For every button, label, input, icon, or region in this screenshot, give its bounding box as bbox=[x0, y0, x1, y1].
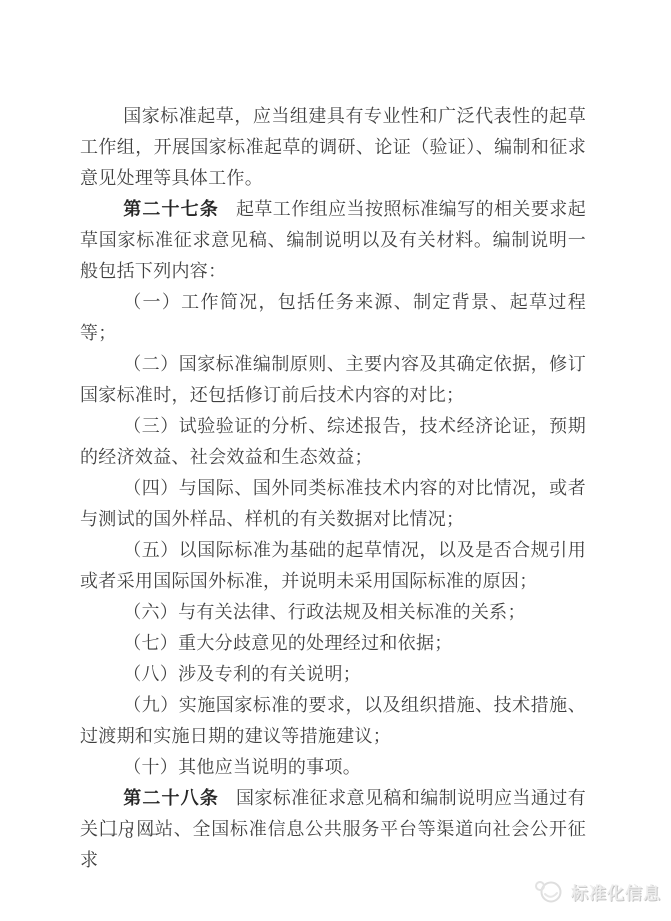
standardization-info-logo-icon bbox=[534, 877, 564, 905]
article-number: 第二十八条 bbox=[123, 788, 219, 808]
watermark-label: 标准化信息 bbox=[571, 879, 661, 904]
paragraph: （六）与有关法律、行政法规及相关标准的关系； bbox=[80, 597, 586, 628]
paragraph: （三）试验验证的分析、综述报告，技术经济论证，预期的经济效益、社会效益和生态效益… bbox=[80, 411, 586, 473]
document-body: 国家标准起草，应当组建具有专业性和广泛代表性的起草工作组，开展国家标准起草的调研… bbox=[80, 101, 586, 876]
article-number: 第二十七条 bbox=[123, 199, 219, 219]
paragraph: 第二十七条起草工作组应当按照标准编写的相关要求起草国家标准征求意见稿、编制说明以… bbox=[80, 194, 586, 287]
paragraph: （十）其他应当说明的事项。 bbox=[80, 752, 586, 783]
paragraph: （一）工作简况，包括任务来源、制定背景、起草过程等； bbox=[80, 287, 586, 349]
paragraph: （二）国家标准编制原则、主要内容及其确定依据，修订国家标准时，还包括修订前后技术… bbox=[80, 349, 586, 411]
paragraph: （九）实施国家标准的要求，以及组织措施、技术措施、过渡期和实施日期的建议等措施建… bbox=[80, 690, 586, 752]
watermark: 标准化信息 bbox=[534, 877, 661, 905]
paragraph: 国家标准起草，应当组建具有专业性和广泛代表性的起草工作组，开展国家标准起草的调研… bbox=[80, 101, 586, 194]
paragraph: （五）以国际标准为基础的起草情况，以及是否合规引用或者采用国际国外标准，并说明未… bbox=[80, 535, 586, 597]
paragraph: （七）重大分歧意见的处理经过和依据； bbox=[80, 628, 586, 659]
document-page: 国家标准起草，应当组建具有专业性和广泛代表性的起草工作组，开展国家标准起草的调研… bbox=[0, 0, 671, 921]
page-number: — 8 — bbox=[101, 825, 159, 843]
paragraph: （四）与国际、国外同类标准技术内容的对比情况，或者与测试的国外样品、样机的有关数… bbox=[80, 473, 586, 535]
paragraph: （八）涉及专利的有关说明； bbox=[80, 659, 586, 690]
